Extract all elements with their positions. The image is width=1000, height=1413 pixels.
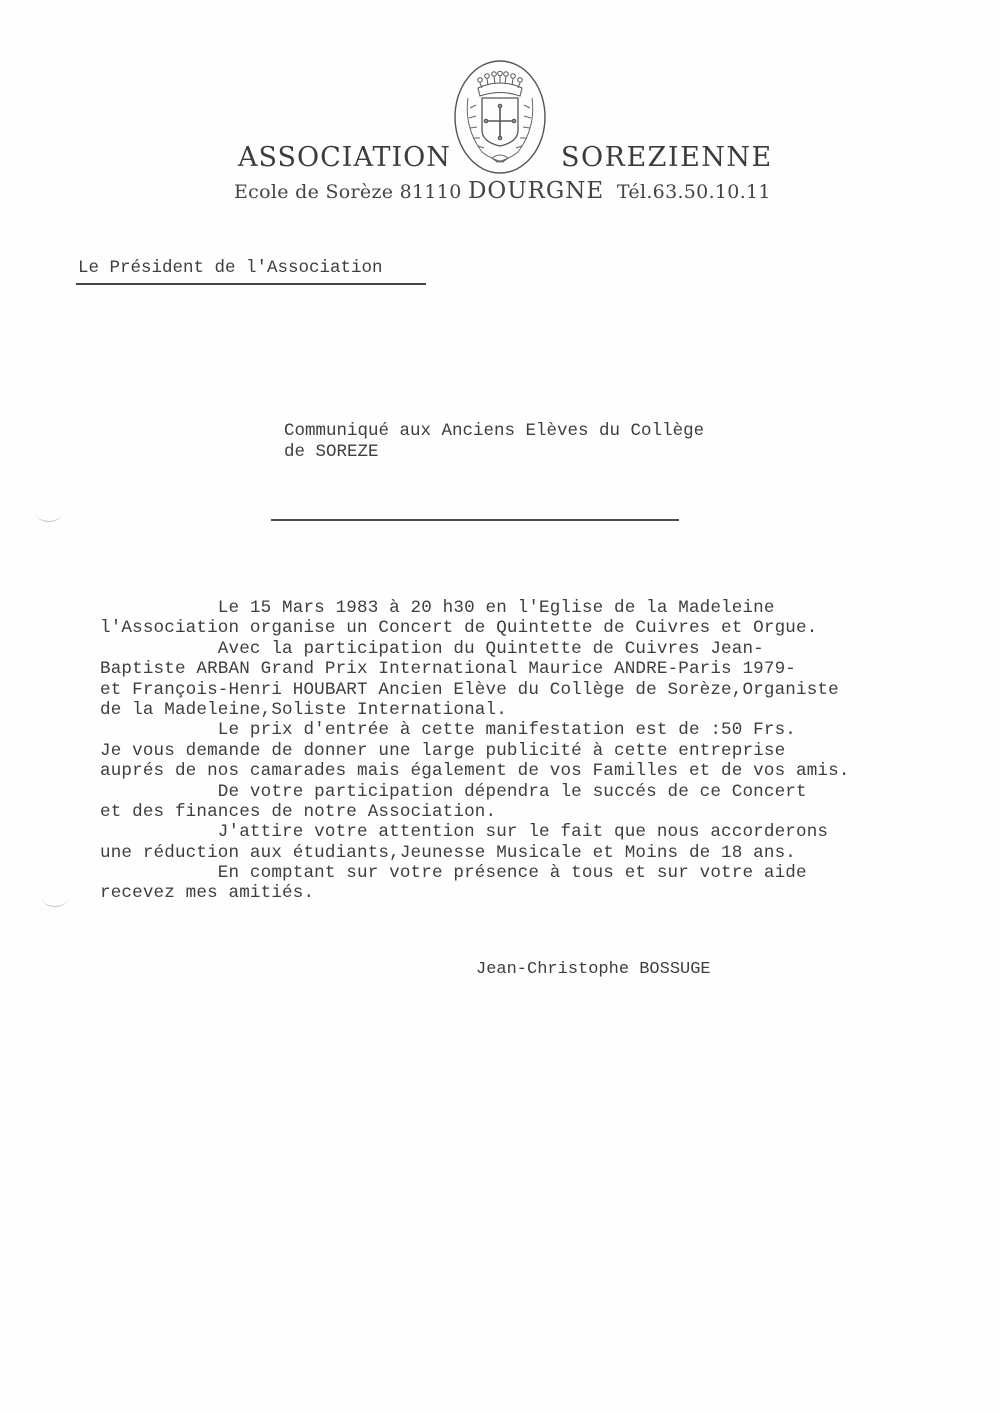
body-line: et des finances de notre Association.: [100, 802, 850, 822]
body-line: Baptiste ARBAN Grand Prix International …: [100, 659, 850, 679]
subject-line: de SOREZE: [284, 442, 379, 462]
letterhead-name-left: ASSOCIATION: [238, 142, 451, 173]
sender-line: Le Président de l'Association: [78, 258, 383, 278]
body-line: De votre participation dépendra le succé…: [100, 782, 850, 802]
body-line: Je vous demande de donner une large publ…: [100, 741, 850, 761]
subject-divider: [271, 519, 679, 521]
letter-page: ASSOCIATION SOREZIENNE Ecole de Sorèze 8…: [0, 0, 1000, 1413]
coat-of-arms-icon: [452, 58, 548, 176]
punch-hole-mark: [36, 505, 62, 522]
body-line: J'attire votre attention sur le fait que…: [100, 822, 850, 842]
city: DOURGNE: [468, 178, 604, 204]
address-prefix: Ecole de Sorèze: [234, 181, 393, 203]
subject: Communiqué aux Anciens Elèves du Collège…: [284, 421, 704, 462]
letter-body: Le 15 Mars 1983 à 20 h30 en l'Eglise de …: [100, 598, 850, 904]
phone: Tél.63.50.10.11: [617, 181, 771, 203]
body-line: auprés de nos camarades mais également d…: [100, 761, 850, 781]
postcode: 81110: [400, 181, 462, 203]
sender-underline: [76, 283, 426, 285]
body-line: Le 15 Mars 1983 à 20 h30 en l'Eglise de …: [100, 598, 850, 618]
body-line: Avec la participation du Quintette de Cu…: [100, 639, 850, 659]
letterhead-address: Ecole de Sorèze 81110 DOURGNE Tél.63.50.…: [234, 178, 771, 204]
signature: Jean-Christophe BOSSUGE: [476, 960, 711, 979]
letterhead-name-right: SOREZIENNE: [561, 142, 773, 173]
subject-line: Communiqué aux Anciens Elèves du Collège: [284, 421, 704, 441]
body-line: de la Madeleine,Soliste International.: [100, 700, 850, 720]
punch-hole-mark: [42, 890, 68, 907]
body-line: et François-Henri HOUBART Ancien Elève d…: [100, 680, 850, 700]
body-line: En comptant sur votre présence à tous et…: [100, 863, 850, 883]
body-line: l'Association organise un Concert de Qui…: [100, 618, 850, 638]
body-line: Le prix d'entrée à cette manifestation e…: [100, 720, 850, 740]
body-line: une réduction aux étudiants,Jeunesse Mus…: [100, 843, 850, 863]
body-line: recevez mes amitiés.: [100, 883, 850, 903]
